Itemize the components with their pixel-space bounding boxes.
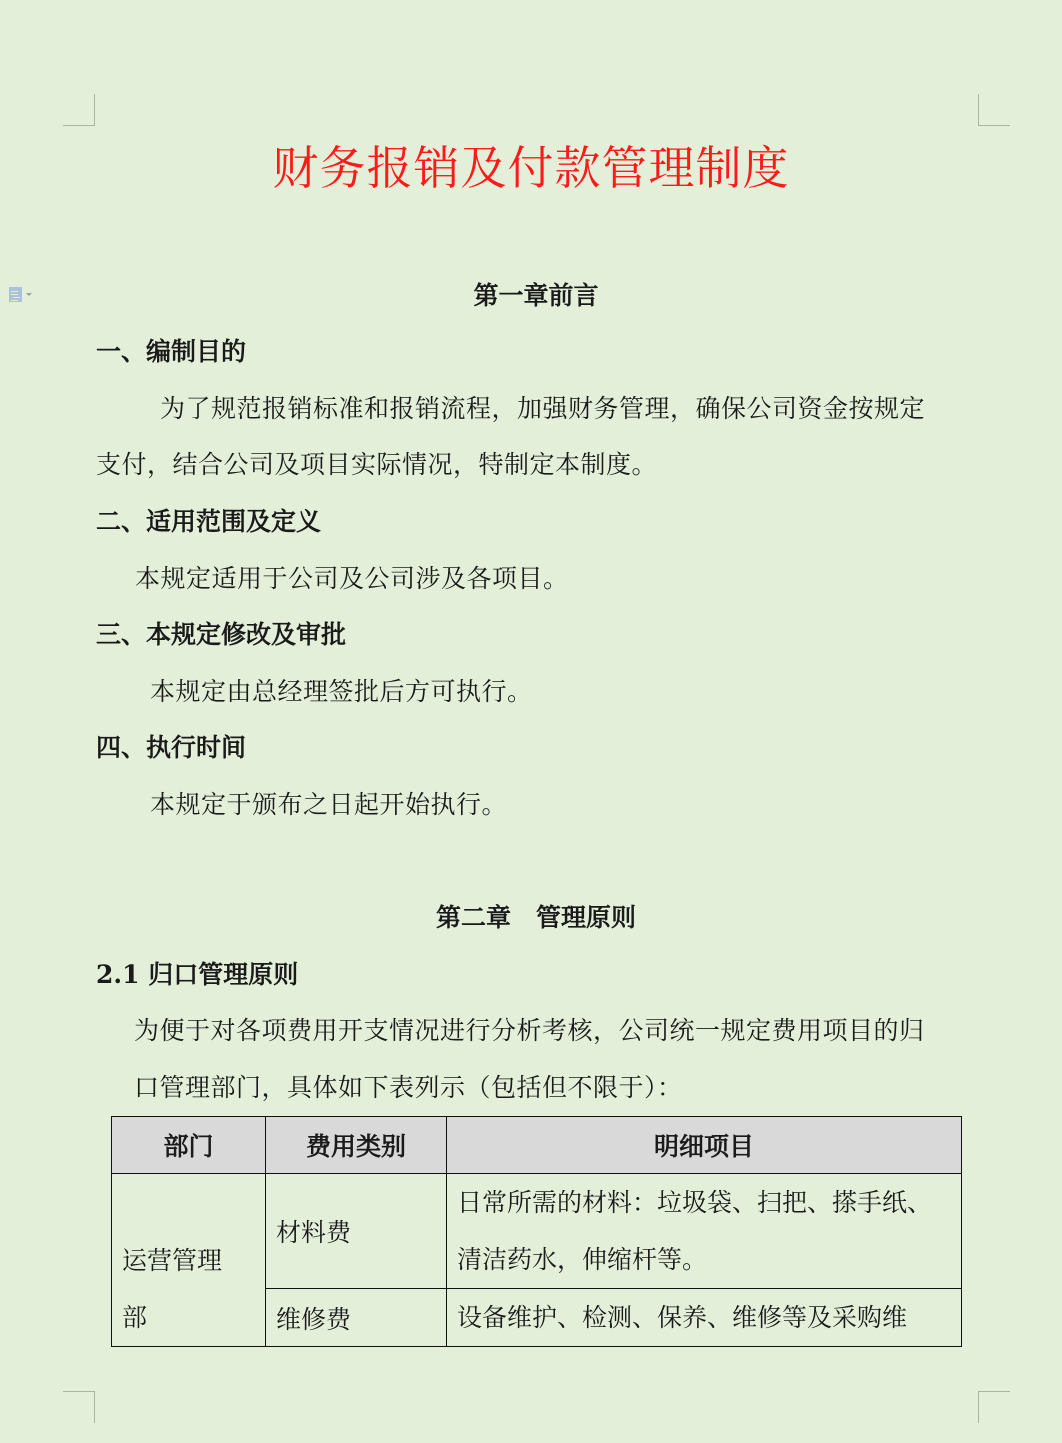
table-header-row: 部门 费用类别 明细项目	[112, 1117, 962, 1174]
document-title: 财务报销及付款管理制度	[0, 138, 1062, 198]
detail-line-1: 设备维护、检测、保养、维修等及采购维	[457, 1289, 961, 1346]
table-header-category: 费用类别	[266, 1117, 447, 1174]
page-corner-mark-bottom-left	[63, 1391, 95, 1423]
table-cell-detail: 日常所需的材料：垃圾袋、扫把、搽手纸、 清洁药水，伸缩杆等。	[447, 1174, 962, 1289]
detail-line-2: 清洁药水，伸缩杆等。	[457, 1231, 961, 1288]
table-cell-detail: 设备维护、检测、保养、维修等及采购维	[447, 1289, 962, 1347]
paragraph-purpose-line-2: 支付，结合公司及项目实际情况，特制定本制度。	[96, 448, 657, 482]
paragraph-scope: 本规定适用于公司及公司涉及各项目。	[135, 562, 569, 596]
table-cell-department: 运营管理 部	[112, 1174, 266, 1347]
table-cell-category: 材料费	[266, 1174, 447, 1289]
paragraph-effective-date: 本规定于颁布之日起开始执行。	[150, 788, 507, 822]
expense-department-table: 部门 费用类别 明细项目 运营管理 部 材料费 日常所需的材料：垃圾袋、扫把、搽…	[111, 1116, 962, 1347]
table-header-detail: 明细项目	[447, 1117, 962, 1174]
section-heading-revision: 三、本规定修改及审批	[96, 618, 346, 652]
department-line-2: 部	[122, 1289, 265, 1346]
section-heading-effective-date: 四、执行时间	[96, 731, 246, 765]
paragraph-2-1-line-2: 口管理部门，具体如下表列示（包括但不限于）：	[134, 1071, 683, 1105]
page-corner-mark-top-left	[63, 94, 95, 126]
section-heading-scope: 二、适用范围及定义	[96, 505, 321, 539]
page-corner-mark-top-right	[978, 94, 1010, 126]
paragraph-purpose-line-1: 为了规范报销标准和报销流程，加强财务管理，确保公司资金按规定	[160, 392, 925, 426]
paragraph-revision: 本规定由总经理签批后方可执行。	[150, 675, 533, 709]
page-corner-mark-bottom-right	[978, 1391, 1010, 1423]
table-row: 运营管理 部 材料费 日常所需的材料：垃圾袋、扫把、搽手纸、 清洁药水，伸缩杆等…	[112, 1174, 962, 1289]
section-heading-2-1: 2.1 归口管理原则	[96, 958, 298, 992]
chapter-2-title: 第二章 管理原则	[0, 901, 1062, 935]
section-heading-purpose: 一、编制目的	[96, 335, 246, 369]
table-header-department: 部门	[112, 1117, 266, 1174]
paragraph-2-1-line-1: 为便于对各项费用开支情况进行分析考核，公司统一规定费用项目的归	[134, 1014, 925, 1048]
chapter-1-title: 第一章前言	[0, 279, 1062, 313]
detail-line-1: 日常所需的材料：垃圾袋、扫把、搽手纸、	[457, 1174, 961, 1231]
table-cell-category: 维修费	[266, 1289, 447, 1347]
department-line-1: 运营管理	[122, 1232, 265, 1289]
